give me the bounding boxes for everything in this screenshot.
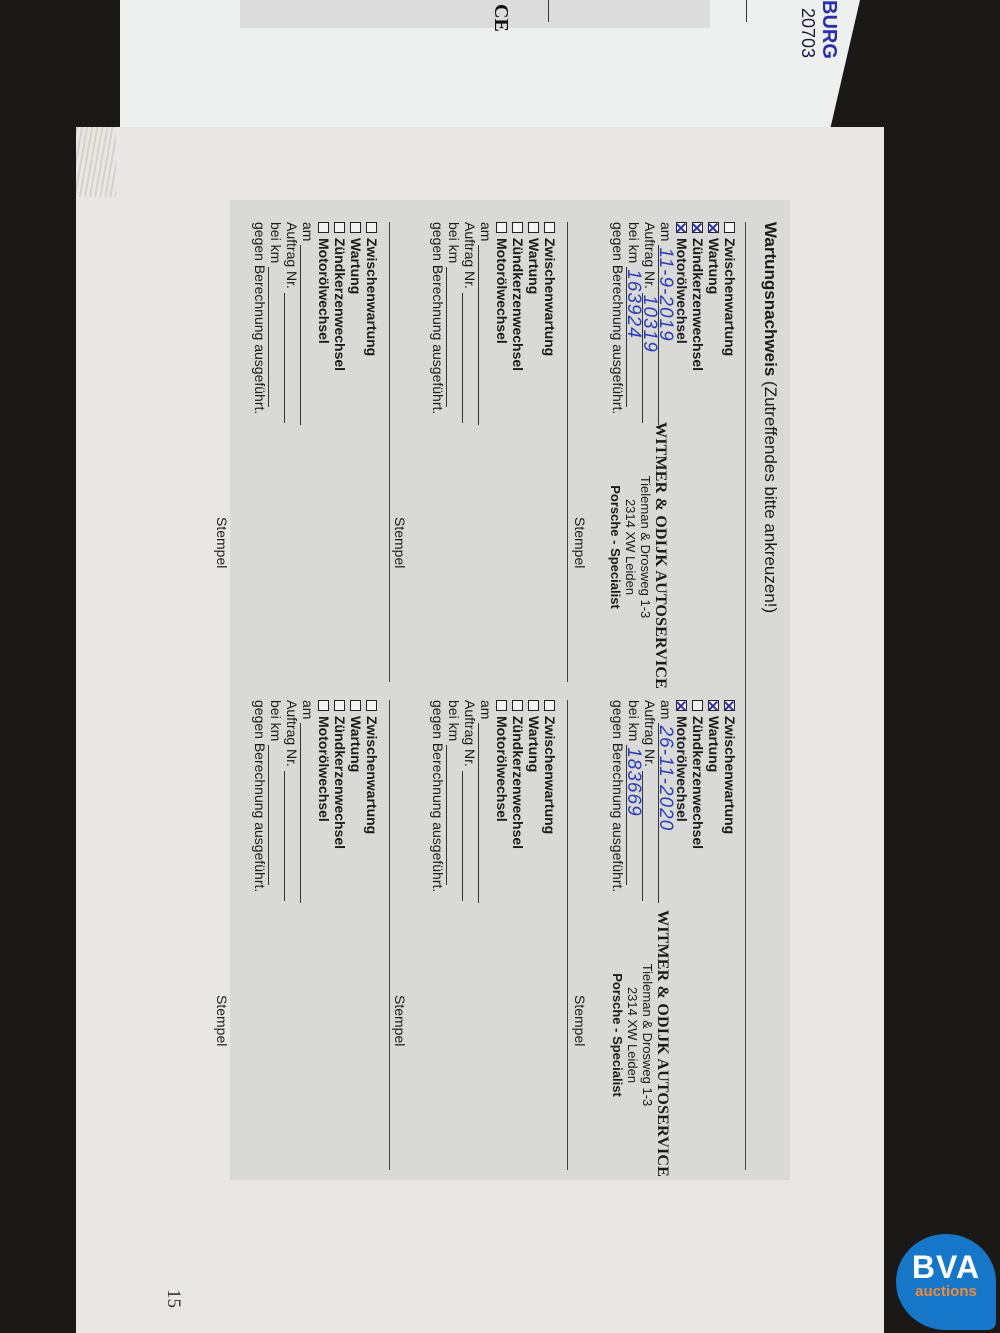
checklist-label: Zwischenwartung: [364, 238, 380, 356]
checklist-item: Zündkerzenwechsel: [332, 700, 348, 903]
mileage-field-label: bei km: [446, 222, 462, 263]
checklist-item: Zündkerzenwechsel: [510, 222, 526, 425]
checklist-item: Zwischenwartung: [364, 700, 380, 903]
checklist-label: Motorölwechsel: [316, 716, 332, 822]
mileage-field-label: bei km: [626, 222, 642, 263]
checklist-item: Zwischenwartung: [542, 222, 558, 425]
checked-box-icon[interactable]: [709, 700, 720, 711]
order-number-field-label: Auftrag Nr.: [284, 222, 300, 289]
mileage-field: bei km: [268, 700, 284, 903]
service-checklist: ZwischenwartungWartungZündkerzenwechselM…: [430, 700, 558, 903]
service-checklist: ZwischenwartungWartungZündkerzenwechselM…: [252, 222, 380, 425]
stamp-address2: 2314 XW Leiden: [623, 422, 638, 672]
order-number-field: Auftrag Nr.: [284, 700, 300, 903]
date-field-label: am: [658, 700, 674, 719]
bva-tagline: auctions: [896, 1284, 996, 1300]
order-number-field-line[interactable]: [462, 293, 477, 423]
fingerprint-smudge: [76, 127, 116, 197]
checklist-item: Motorölwechsel: [316, 222, 332, 425]
checklist-item: Zündkerzenwechsel: [510, 700, 526, 903]
order-number-field-line[interactable]: [284, 771, 299, 901]
previous-page-fragment-ce: CE: [489, 4, 512, 32]
date-field-label: am: [300, 222, 316, 241]
date-field-handwritten-value: 26-11-2020: [657, 725, 673, 831]
checklist-item: Motorölwechsel: [674, 700, 690, 903]
empty-checkbox-icon[interactable]: [497, 700, 508, 711]
stamp-address1: Tieleman & Drosweg 1-3: [640, 910, 655, 1160]
date-field-label: am: [658, 222, 674, 241]
mileage-field-label: bei km: [446, 700, 462, 741]
mileage-field-label: bei km: [626, 700, 642, 741]
stamp-label: Stempel: [392, 517, 408, 568]
checklist-item: Wartung: [706, 222, 722, 425]
dealer-stamp: WITMER & ODIJK AUTOSERVICETieleman & Dro…: [608, 422, 668, 672]
title-rule: [745, 222, 746, 1170]
stamp-address1: Tieleman & Drosweg 1-3: [638, 422, 653, 672]
stamp-label: Stempel: [572, 517, 588, 568]
date-field-line[interactable]: [300, 245, 315, 425]
bva-auctions-logo: BVA auctions: [896, 1234, 996, 1330]
checked-box-icon[interactable]: [677, 700, 688, 711]
stamp-label: Stempel: [214, 517, 230, 568]
checklist-label: Wartung: [348, 238, 364, 294]
service-checklist: ZwischenwartungWartungZündkerzenwechselM…: [610, 700, 738, 903]
billing-note: gegen Berechnung ausgeführt.: [430, 222, 446, 425]
stamp-label: Stempel: [392, 995, 408, 1046]
empty-checkbox-icon[interactable]: [545, 700, 556, 711]
date-field: am11-9-2019: [658, 222, 674, 425]
checklist-item: Wartung: [348, 222, 364, 425]
mileage-field-line[interactable]: [446, 745, 461, 885]
empty-checkbox-icon[interactable]: [351, 700, 362, 711]
checklist-label: Motorölwechsel: [316, 238, 332, 344]
checklist-label: Zündkerzenwechsel: [510, 238, 526, 371]
maintenance-entry: ZwischenwartungWartungZündkerzenwechselM…: [388, 700, 558, 1170]
stamp-label: Stempel: [572, 995, 588, 1046]
date-field-line[interactable]: [478, 245, 493, 425]
checklist-label: Zwischenwartung: [542, 716, 558, 834]
date-field: am: [478, 700, 494, 903]
checklist-label: Wartung: [526, 238, 542, 294]
checklist-item: Zwischenwartung: [364, 222, 380, 425]
date-field: am26-11-2020: [658, 700, 674, 903]
empty-checkbox-icon[interactable]: [725, 222, 736, 233]
checklist-label: Zündkerzenwechsel: [690, 238, 706, 371]
previous-page-rule: [548, 0, 549, 22]
billing-note: gegen Berechnung ausgeführt.: [252, 222, 268, 425]
mileage-field-label: bei km: [268, 222, 284, 263]
maintenance-entry: ZwischenwartungWartungZündkerzenwechselM…: [568, 222, 738, 692]
mileage-field-line[interactable]: 183669: [626, 745, 641, 885]
checklist-item: Wartung: [706, 700, 722, 903]
empty-checkbox-icon[interactable]: [693, 700, 704, 711]
checklist-label: Zündkerzenwechsel: [510, 716, 526, 849]
empty-checkbox-icon[interactable]: [335, 700, 346, 711]
order-number-field: Auftrag Nr.: [284, 222, 300, 425]
checklist-item: Wartung: [348, 700, 364, 903]
maintenance-entry: ZwischenwartungWartungZündkerzenwechselM…: [568, 700, 738, 1170]
empty-checkbox-icon[interactable]: [513, 700, 524, 711]
checklist-label: Motorölwechsel: [674, 238, 690, 344]
empty-checkbox-icon[interactable]: [497, 222, 508, 233]
previous-page-handwriting: BURG: [817, 0, 840, 59]
checklist-item: Wartung: [526, 700, 542, 903]
empty-checkbox-icon[interactable]: [351, 222, 362, 233]
previous-page: CE MIJ. B.V. BURG 20703: [120, 0, 860, 128]
order-number-field-label: Auftrag Nr.: [462, 222, 478, 289]
checklist-item: Motorölwechsel: [316, 700, 332, 903]
checklist-label: Zwischenwartung: [542, 238, 558, 356]
empty-checkbox-icon[interactable]: [545, 222, 556, 233]
empty-checkbox-icon[interactable]: [335, 222, 346, 233]
date-field-line[interactable]: 11-9-2019: [658, 245, 673, 425]
checklist-item: Wartung: [526, 222, 542, 425]
checklist-label: Zwischenwartung: [722, 716, 738, 834]
stamp-address2: 2314 XW Leiden: [625, 910, 640, 1160]
order-number-field: Auftrag Nr.: [462, 222, 478, 425]
empty-checkbox-icon[interactable]: [367, 700, 378, 711]
checklist-item: Zündkerzenwechsel: [690, 700, 706, 903]
service-checklist: ZwischenwartungWartungZündkerzenwechselM…: [430, 222, 558, 425]
checklist-label: Wartung: [526, 716, 542, 772]
maintenance-entry: ZwischenwartungWartungZündkerzenwechselM…: [388, 222, 558, 692]
mileage-field-line[interactable]: [268, 745, 283, 885]
checklist-label: Zündkerzenwechsel: [690, 716, 706, 849]
checked-box-icon[interactable]: [677, 222, 688, 233]
stamp-company: WITMER & ODIJK AUTOSERVICE: [655, 910, 670, 1160]
order-number-field-line[interactable]: [284, 293, 299, 423]
empty-checkbox-icon[interactable]: [513, 222, 524, 233]
checklist-item: Motorölwechsel: [494, 222, 510, 425]
checklist-label: Zündkerzenwechsel: [332, 716, 348, 849]
date-field-label: am: [300, 700, 316, 719]
previous-page-date: 20703: [797, 8, 818, 58]
checklist-item: Zwischenwartung: [542, 700, 558, 903]
bva-brand: BVA: [896, 1250, 996, 1284]
date-field: am: [300, 222, 316, 425]
checklist-label: Motorölwechsel: [674, 716, 690, 822]
date-field-line[interactable]: [300, 723, 315, 903]
mileage-field-line[interactable]: 163924: [626, 267, 641, 407]
order-number-field-line[interactable]: [462, 771, 477, 901]
empty-checkbox-icon[interactable]: [367, 222, 378, 233]
date-field-label: am: [478, 700, 494, 719]
form-title-instruction: (Zutreffendes bitte ankreuzen!): [761, 381, 780, 613]
maintenance-record-form: Wartungsnachweis (Zutreffendes bitte ank…: [230, 200, 790, 1180]
stamp-label: Stempel: [214, 995, 230, 1046]
dealer-stamp: WITMER & ODIJK AUTOSERVICETieleman & Dro…: [610, 910, 670, 1160]
empty-checkbox-icon[interactable]: [529, 700, 540, 711]
mileage-field-handwritten-value: 163924: [625, 269, 641, 338]
mileage-field: bei km: [446, 222, 462, 425]
mileage-field: bei km: [446, 700, 462, 903]
checked-box-icon[interactable]: [693, 222, 704, 233]
order-number-field-line[interactable]: [642, 771, 657, 901]
billing-note: gegen Berechnung ausgeführt.: [252, 700, 268, 903]
checklist-item: Zündkerzenwechsel: [690, 222, 706, 425]
checklist-label: Wartung: [348, 716, 364, 772]
previous-page-shaded-panel: [240, 0, 710, 28]
checklist-label: Motorölwechsel: [494, 716, 510, 822]
billing-note: gegen Berechnung ausgeführt.: [430, 700, 446, 903]
checklist-label: Wartung: [706, 238, 722, 294]
empty-checkbox-icon[interactable]: [529, 222, 540, 233]
form-title-main: Wartungsnachweis: [761, 222, 780, 376]
checklist-item: Motorölwechsel: [494, 700, 510, 903]
checklist-label: Zwischenwartung: [364, 716, 380, 834]
checklist-item: Zwischenwartung: [722, 700, 738, 903]
checked-box-icon[interactable]: [725, 700, 736, 711]
maintenance-entry: ZwischenwartungWartungZündkerzenwechselM…: [210, 700, 380, 1170]
date-field: am: [300, 700, 316, 903]
previous-page-rule: [746, 0, 747, 22]
mileage-field-line[interactable]: [446, 267, 461, 407]
date-field: am: [478, 222, 494, 425]
date-field-line[interactable]: 26-11-2020: [658, 723, 673, 903]
mileage-field-line[interactable]: [268, 267, 283, 407]
stamp-company: WITMER & ODIJK AUTOSERVICE: [653, 422, 668, 672]
order-number-field-line[interactable]: 10319: [642, 293, 657, 423]
service-checklist: ZwischenwartungWartungZündkerzenwechselM…: [610, 222, 738, 425]
mileage-field: bei km183669: [626, 700, 642, 903]
checklist-label: Wartung: [706, 716, 722, 772]
stamp-specialty: Porsche - Specialist: [608, 422, 623, 672]
checklist-label: Zündkerzenwechsel: [332, 238, 348, 371]
stamp-specialty: Porsche - Specialist: [610, 910, 625, 1160]
page-number: 15: [162, 1289, 184, 1308]
previous-page-fragment-bv: MIJ. B.V.: [854, 2, 880, 89]
order-number-field: Auftrag Nr.: [462, 700, 478, 903]
empty-checkbox-icon[interactable]: [319, 222, 330, 233]
checklist-item: Motorölwechsel: [674, 222, 690, 425]
form-title: Wartungsnachweis (Zutreffendes bitte ank…: [760, 222, 780, 613]
date-field-line[interactable]: [478, 723, 493, 903]
order-number-field-label: Auftrag Nr.: [284, 700, 300, 767]
checked-box-icon[interactable]: [709, 222, 720, 233]
checklist-label: Motorölwechsel: [494, 238, 510, 344]
order-number-field-label: Auftrag Nr.: [462, 700, 478, 767]
mileage-field: bei km163924: [626, 222, 642, 425]
checklist-label: Zwischenwartung: [722, 238, 738, 356]
maintenance-entry: ZwischenwartungWartungZündkerzenwechselM…: [210, 222, 380, 692]
mileage-field-handwritten-value: 183669: [625, 747, 641, 816]
mileage-field: bei km: [268, 222, 284, 425]
date-field-label: am: [478, 222, 494, 241]
checklist-item: Zwischenwartung: [722, 222, 738, 425]
mileage-field-label: bei km: [268, 700, 284, 741]
empty-checkbox-icon[interactable]: [319, 700, 330, 711]
checklist-item: Zündkerzenwechsel: [332, 222, 348, 425]
service-checklist: ZwischenwartungWartungZündkerzenwechselM…: [252, 700, 380, 903]
